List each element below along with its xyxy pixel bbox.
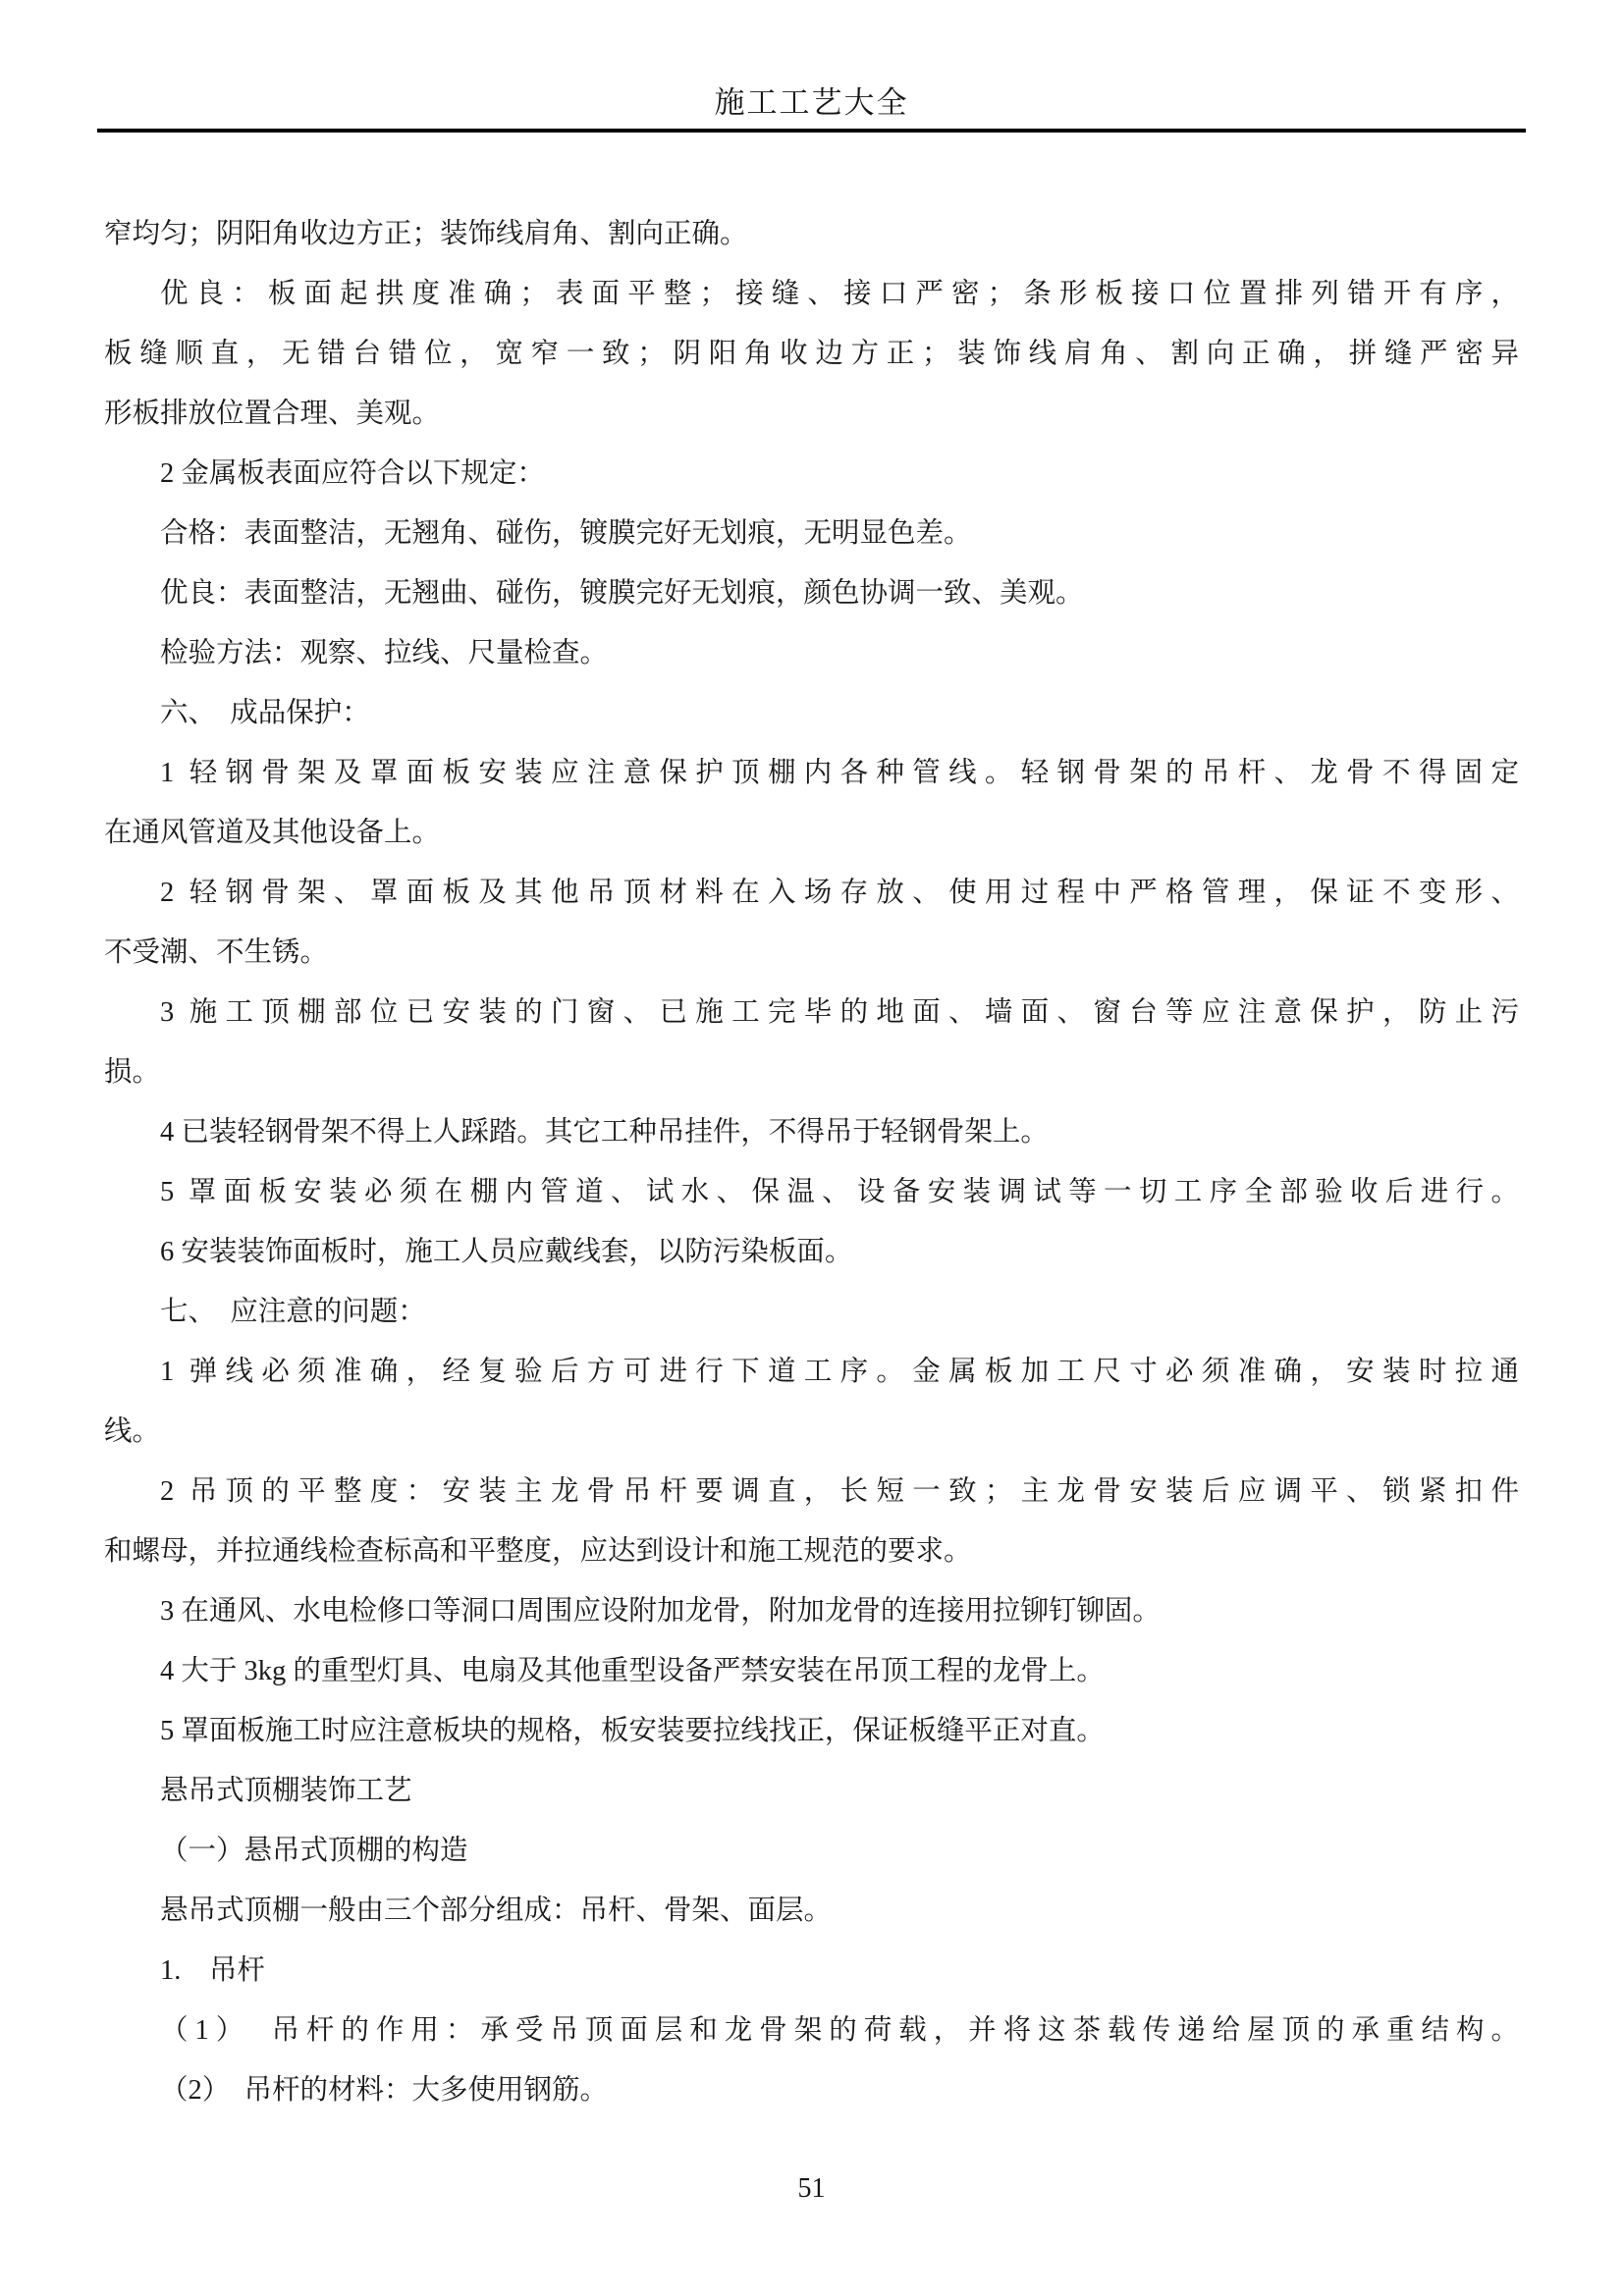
text-line: 2 吊顶的平整度：安装主龙骨吊杆要调直，长短一致；主龙骨安装后应调平、锁紧扣件 [104, 1462, 1519, 1522]
text-line: 损。 [104, 1042, 1519, 1102]
text-line: （1） 吊杆的作用：承受吊顶面层和龙骨架的荷载，并将这茶载传递给屋顶的承重结构。 [104, 2001, 1519, 2060]
text-line: （一）悬吊式顶棚的构造 [104, 1821, 1519, 1881]
text-line: 1 弹线必须准确，经复验后方可进行下道工序。金属板加工尺寸必须准确，安装时拉通 [104, 1342, 1519, 1402]
text-line: （2） 吊杆的材料：大多使用钢筋。 [104, 2060, 1519, 2120]
document-body: 窄均匀；阴阳角收边方正；装饰线肩角、割向正确。 优良：板面起拱度准确；表面平整；… [104, 204, 1519, 2120]
text-line: 6 安装装饰面板时，施工人员应戴线套，以防污染板面。 [104, 1222, 1519, 1282]
text-line: 六、 成品保护： [104, 683, 1519, 743]
text-line: 1. 吊杆 [104, 1941, 1519, 2001]
header-rule [97, 129, 1526, 133]
text-line: 线。 [104, 1402, 1519, 1462]
page-header-title: 施工工艺大全 [0, 84, 1623, 122]
text-line: 3 在通风、水电检修口等洞口周围应设附加龙骨，附加龙骨的连接用拉铆钉铆固。 [104, 1581, 1519, 1641]
text-line: 形板排放位置合理、美观。 [104, 384, 1519, 444]
text-line: 2 金属板表面应符合以下规定： [104, 444, 1519, 504]
text-line: 悬吊式顶棚一般由三个部分组成：吊杆、骨架、面层。 [104, 1881, 1519, 1941]
text-line: 板缝顺直，无错台错位，宽窄一致；阴阳角收边方正；装饰线肩角、割向正确，拼缝严密异 [104, 324, 1519, 384]
text-line: 在通风管道及其他设备上。 [104, 803, 1519, 863]
text-line: 2 轻钢骨架、罩面板及其他吊顶材料在入场存放、使用过程中严格管理，保证不变形、 [104, 863, 1519, 923]
text-line: 不受潮、不生锈。 [104, 923, 1519, 983]
text-line: 5 罩面板施工时应注意板块的规格，板安装要拉线找正，保证板缝平正对直。 [104, 1701, 1519, 1761]
text-line: 4 大于 3kg 的重型灯具、电扇及其他重型设备严禁安装在吊顶工程的龙骨上。 [104, 1641, 1519, 1701]
text-line: 3 施工顶棚部位已安装的门窗、已施工完毕的地面、墙面、窗台等应注意保护，防止污 [104, 983, 1519, 1042]
text-line: 1 轻钢骨架及罩面板安装应注意保护顶棚内各种管线。轻钢骨架的吊杆、龙骨不得固定 [104, 743, 1519, 803]
text-line: 优良：表面整洁，无翘曲、碰伤，镀膜完好无划痕，颜色协调一致、美观。 [104, 563, 1519, 623]
text-line: 4 已装轻钢骨架不得上人踩踏。其它工种吊挂件，不得吊于轻钢骨架上。 [104, 1102, 1519, 1162]
text-line: 合格：表面整洁，无翘角、碰伤，镀膜完好无划痕，无明显色差。 [104, 504, 1519, 563]
document-page: 施工工艺大全 窄均匀；阴阳角收边方正；装饰线肩角、割向正确。 优良：板面起拱度准… [0, 0, 1623, 2296]
text-line: 七、 应注意的问题： [104, 1282, 1519, 1342]
text-line: 和螺母，并拉通线检查标高和平整度，应达到设计和施工规范的要求。 [104, 1522, 1519, 1581]
text-line: 悬吊式顶棚装饰工艺 [104, 1761, 1519, 1821]
text-line: 检验方法：观察、拉线、尺量检查。 [104, 623, 1519, 683]
text-line: 窄均匀；阴阳角收边方正；装饰线肩角、割向正确。 [104, 204, 1519, 264]
text-line: 优良：板面起拱度准确；表面平整；接缝、接口严密；条形板接口位置排列错开有序， [104, 264, 1519, 324]
page-number: 51 [0, 2172, 1623, 2206]
text-line: 5 罩面板安装必须在棚内管道、试水、保温、设备安装调试等一切工序全部验收后进行。 [104, 1162, 1519, 1222]
